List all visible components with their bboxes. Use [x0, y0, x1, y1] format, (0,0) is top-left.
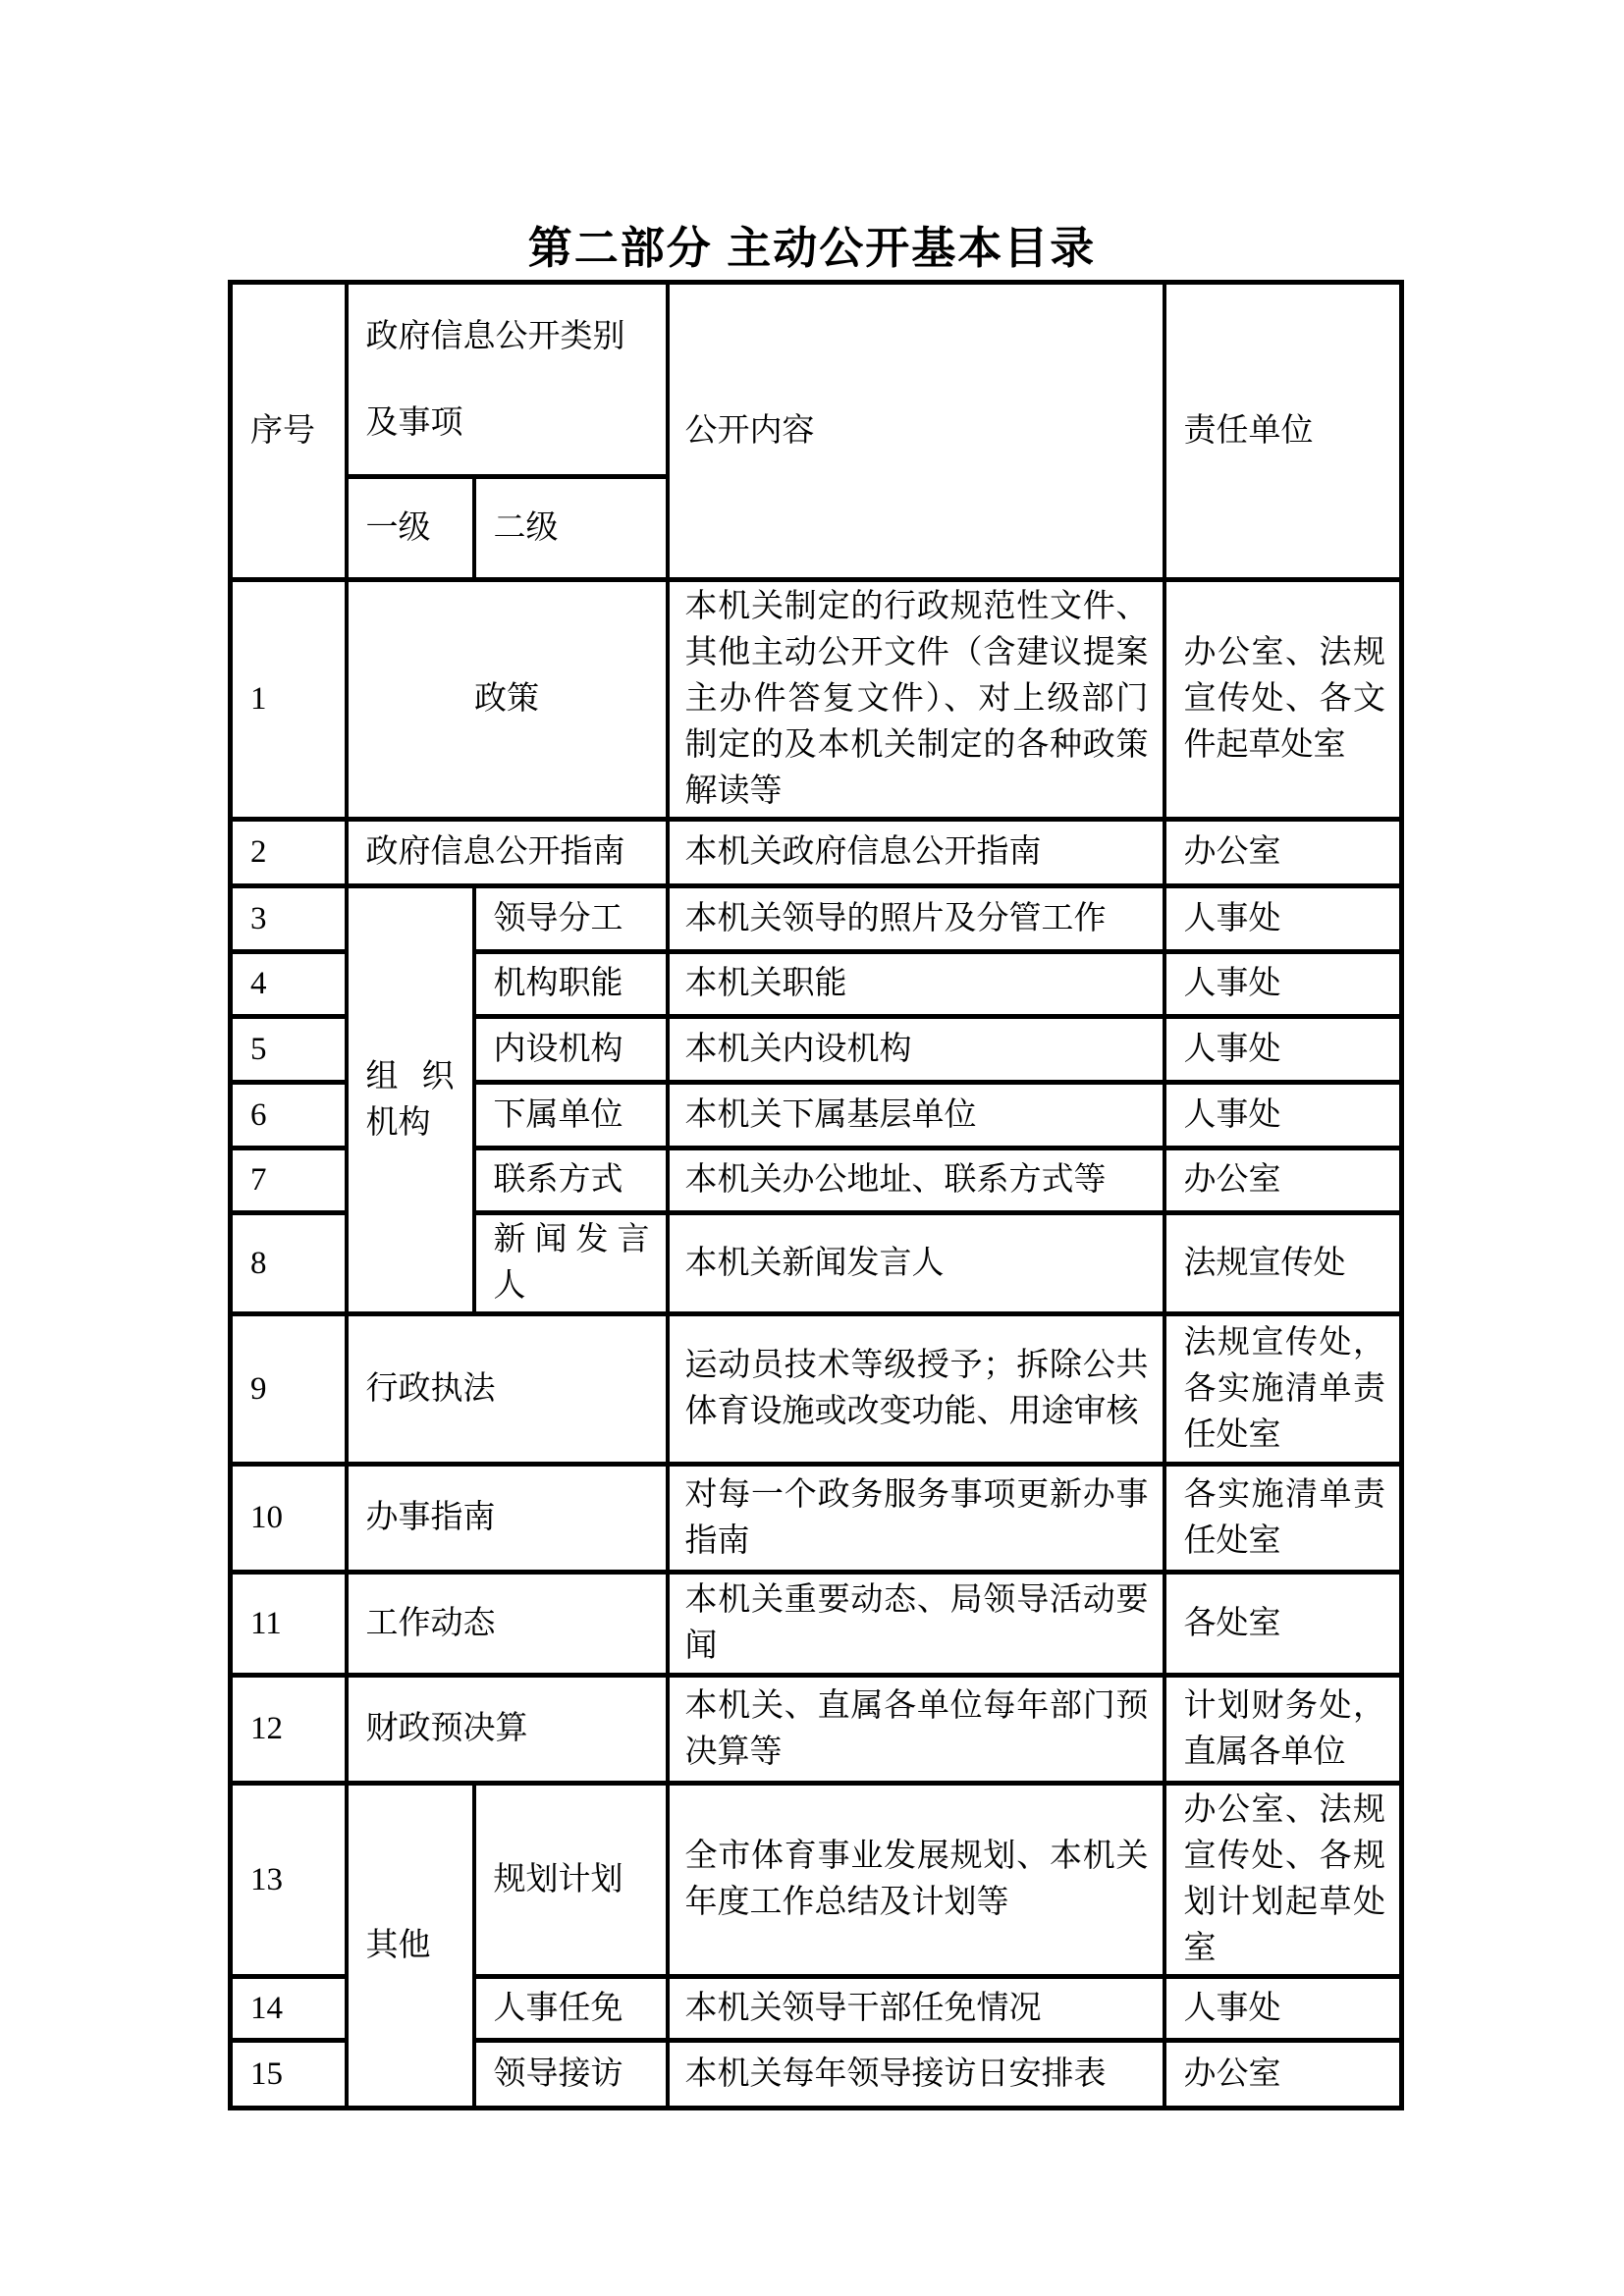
responsible-cell: 人事处 — [1164, 1083, 1402, 1148]
category-cell: 办事指南 — [347, 1465, 668, 1573]
level2-cell: 新闻发言人 — [474, 1213, 668, 1314]
index-cell: 8 — [231, 1213, 347, 1314]
category-cell: 政策 — [347, 580, 668, 820]
table-row: 3 组织机构 领导分工 本机关领导的照片及分管工作 人事处 — [231, 886, 1402, 952]
table-row: 11 工作动态 本机关重要动态、局领导活动要闻 各处室 — [231, 1573, 1402, 1676]
level2-cell: 领导接访 — [474, 2041, 668, 2109]
index-cell: 12 — [231, 1676, 347, 1784]
responsible-cell: 办公室 — [1164, 1148, 1402, 1213]
index-cell: 13 — [231, 1784, 347, 1977]
table-row: 9 行政执法 运动员技术等级授予；拆除公共体育设施或改变功能、用途审核 法规宣传… — [231, 1314, 1402, 1465]
header-row-1: 序号 政府信息公开类别 及事项 公开内容 责任单位 — [231, 283, 1402, 477]
page-title: 第二部分 主动公开基本目录 — [0, 212, 1624, 276]
table-row: 13 其他 规划计划 全市体育事业发展规划、本机关年度工作总结及计划等 办公室、… — [231, 1784, 1402, 1977]
category-cell: 财政预决算 — [347, 1676, 668, 1784]
level1-cell: 其他 — [347, 1784, 474, 2109]
header-content: 公开内容 — [668, 283, 1164, 580]
index-cell: 7 — [231, 1148, 347, 1213]
header-level2: 二级 — [474, 477, 668, 580]
index-cell: 15 — [231, 2041, 347, 2109]
responsible-cell: 各处室 — [1164, 1573, 1402, 1676]
document-page: 第二部分 主动公开基本目录 序号 政府信息公开类别 及事项 公开内容 责任单位 … — [0, 0, 1624, 2296]
responsible-cell: 办公室 — [1164, 820, 1402, 886]
index-cell: 6 — [231, 1083, 347, 1148]
index-cell: 3 — [231, 886, 347, 952]
header-category: 政府信息公开类别 及事项 — [347, 283, 668, 477]
table-row: 1 政策 本机关制定的行政规范性文件、其他主动公开文件（含建议提案主办件答复文件… — [231, 580, 1402, 820]
content-cell: 本机关每年领导接访日安排表 — [668, 2041, 1164, 2109]
content-cell: 本机关重要动态、局领导活动要闻 — [668, 1573, 1164, 1676]
responsible-cell: 法规宣传处，各实施清单责任处室 — [1164, 1314, 1402, 1465]
level2-cell: 领导分工 — [474, 886, 668, 952]
index-cell: 5 — [231, 1017, 347, 1083]
index-cell: 10 — [231, 1465, 347, 1573]
level2-cell: 联系方式 — [474, 1148, 668, 1213]
content-cell: 本机关政府信息公开指南 — [668, 820, 1164, 886]
content-cell: 全市体育事业发展规划、本机关年度工作总结及计划等 — [668, 1784, 1164, 1977]
responsible-cell: 人事处 — [1164, 952, 1402, 1017]
level2-cell: 人事任免 — [474, 1977, 668, 2041]
index-cell: 11 — [231, 1573, 347, 1676]
content-cell: 本机关新闻发言人 — [668, 1213, 1164, 1314]
content-cell: 本机关、直属各单位每年部门预决算等 — [668, 1676, 1164, 1784]
level2-cell: 规划计划 — [474, 1784, 668, 1977]
content-cell: 运动员技术等级授予；拆除公共体育设施或改变功能、用途审核 — [668, 1314, 1164, 1465]
content-cell: 本机关制定的行政规范性文件、其他主动公开文件（含建议提案主办件答复文件）、对上级… — [668, 580, 1164, 820]
responsible-cell: 办公室、法规宣传处、各文件起草处室 — [1164, 580, 1402, 820]
header-index: 序号 — [231, 283, 347, 580]
category-cell: 工作动态 — [347, 1573, 668, 1676]
content-cell: 本机关办公地址、联系方式等 — [668, 1148, 1164, 1213]
level1-cell: 组织机构 — [347, 886, 474, 1314]
category-cell: 政府信息公开指南 — [347, 820, 668, 886]
table-row: 10 办事指南 对每一个政务服务事项更新办事指南 各实施清单责任处室 — [231, 1465, 1402, 1573]
responsible-cell: 法规宣传处 — [1164, 1213, 1402, 1314]
content-cell: 本机关领导干部任免情况 — [668, 1977, 1164, 2041]
index-cell: 14 — [231, 1977, 347, 2041]
responsible-cell: 人事处 — [1164, 1977, 1402, 2041]
responsible-cell: 办公室、法规宣传处、各规划计划起草处室 — [1164, 1784, 1402, 1977]
responsible-cell: 各实施清单责任处室 — [1164, 1465, 1402, 1573]
index-cell: 9 — [231, 1314, 347, 1465]
table-row: 12 财政预决算 本机关、直属各单位每年部门预决算等 计划财务处，直属各单位 — [231, 1676, 1402, 1784]
header-level1: 一级 — [347, 477, 474, 580]
table-row: 2 政府信息公开指南 本机关政府信息公开指南 办公室 — [231, 820, 1402, 886]
responsible-cell: 人事处 — [1164, 886, 1402, 952]
content-cell: 对每一个政务服务事项更新办事指南 — [668, 1465, 1164, 1573]
index-cell: 4 — [231, 952, 347, 1017]
responsible-cell: 计划财务处，直属各单位 — [1164, 1676, 1402, 1784]
index-cell: 1 — [231, 580, 347, 820]
content-cell: 本机关下属基层单位 — [668, 1083, 1164, 1148]
content-cell: 本机关职能 — [668, 952, 1164, 1017]
content-cell: 本机关内设机构 — [668, 1017, 1164, 1083]
level2-cell: 内设机构 — [474, 1017, 668, 1083]
responsible-cell: 人事处 — [1164, 1017, 1402, 1083]
disclosure-catalog-table: 序号 政府信息公开类别 及事项 公开内容 责任单位 一级 二级 1 政策 本机关… — [228, 280, 1404, 2110]
level2-cell: 下属单位 — [474, 1083, 668, 1148]
level2-cell: 机构职能 — [474, 952, 668, 1017]
content-cell: 本机关领导的照片及分管工作 — [668, 886, 1164, 952]
category-cell: 行政执法 — [347, 1314, 668, 1465]
header-responsible: 责任单位 — [1164, 283, 1402, 580]
responsible-cell: 办公室 — [1164, 2041, 1402, 2109]
index-cell: 2 — [231, 820, 347, 886]
